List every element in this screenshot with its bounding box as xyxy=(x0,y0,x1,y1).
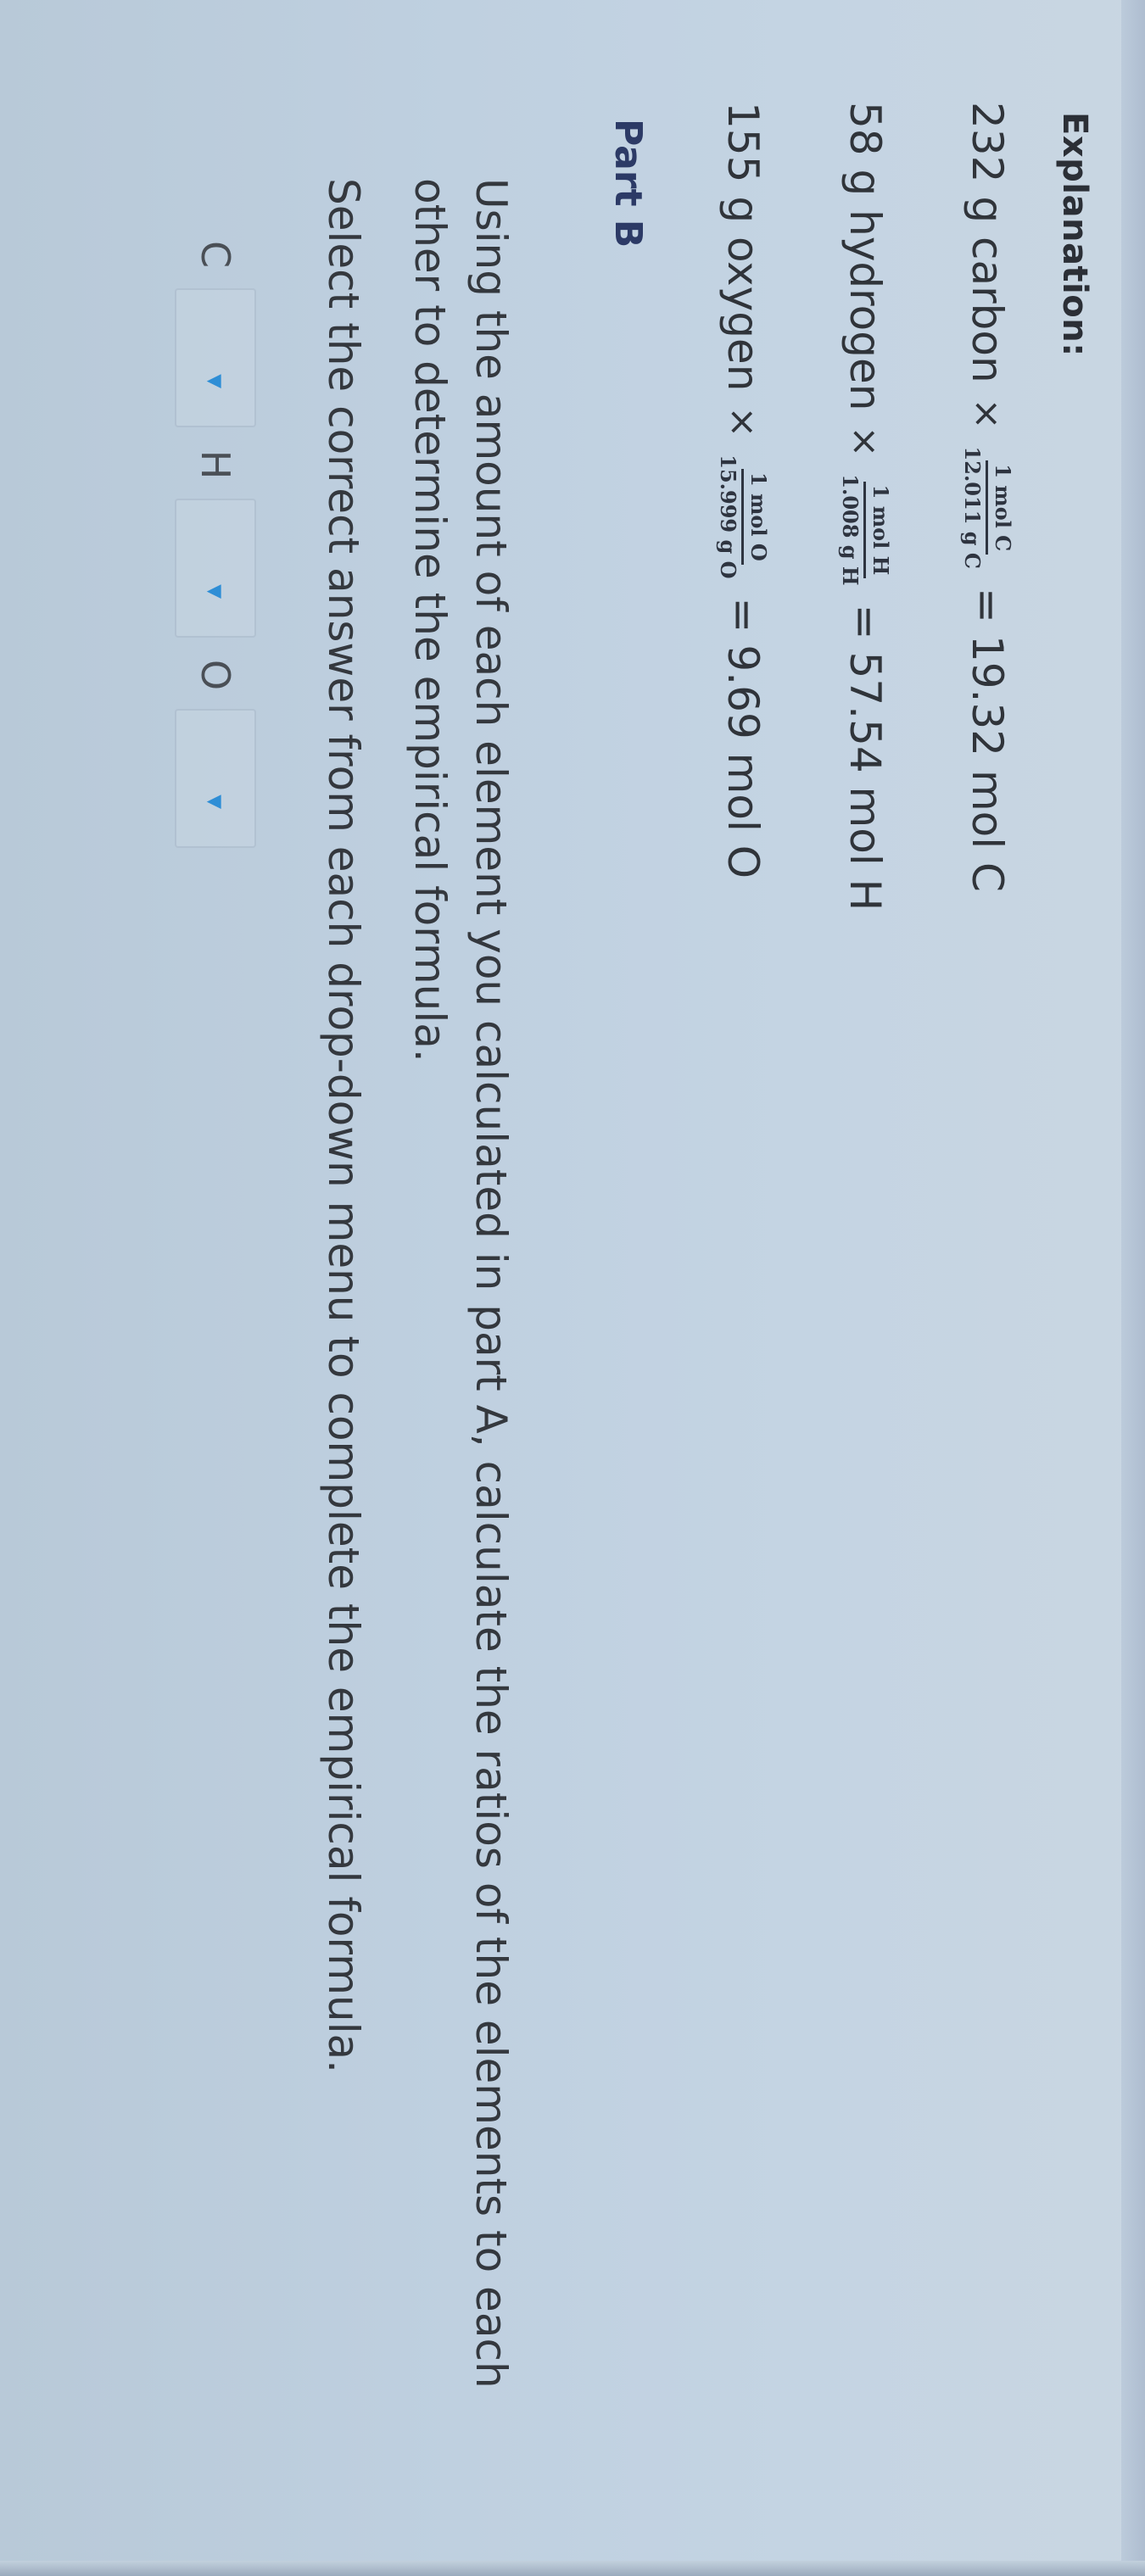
fraction-denominator: 1.008 g H xyxy=(839,471,863,588)
equals-sign: = xyxy=(718,598,768,633)
mass-quantity: 232 g carbon xyxy=(963,102,1012,383)
times-sign: × xyxy=(722,406,765,438)
mole-result: 57.54 mol H xyxy=(841,652,890,912)
times-sign: × xyxy=(966,399,1009,430)
mole-result: 19.32 mol C xyxy=(963,635,1012,892)
element-symbol-o: O xyxy=(193,658,238,692)
screen-edge xyxy=(0,2561,1145,2576)
conversion-fraction: 1 mol H 1.008 g H xyxy=(839,471,891,588)
caret-down-icon[interactable]: ▼ xyxy=(204,374,225,388)
rotated-screen: Explanation: 232 g carbon × 1 mol C 12.0… xyxy=(0,0,1145,2576)
caret-down-icon[interactable]: ▼ xyxy=(204,795,225,809)
fraction-numerator: 1 mol O xyxy=(742,469,769,565)
equals-sign: = xyxy=(963,588,1012,623)
hydrogen-subscript-dropdown[interactable]: ▼ xyxy=(175,499,256,638)
mole-result: 9.69 mol O xyxy=(718,644,768,878)
mass-quantity: 58 g hydrogen xyxy=(841,102,890,410)
fraction-denominator: 12.011 g C xyxy=(961,443,986,572)
part-b-heading: Part B xyxy=(606,119,650,2476)
mass-quantity: 155 g oxygen xyxy=(718,102,768,391)
carbon-subscript-dropdown[interactable]: ▼ xyxy=(175,288,256,427)
part-b-instruction: Using the amount of each element you cal… xyxy=(399,178,522,2467)
caret-down-icon[interactable]: ▼ xyxy=(204,584,225,599)
calculation-oxygen: 155 g oxygen × 1 mol O 15.999 g O = 9.69… xyxy=(704,102,782,2476)
explanation-label: Explanation: xyxy=(1055,112,1094,2476)
element-symbol-h: H xyxy=(193,448,238,482)
page-top-border xyxy=(1121,0,1145,2576)
calculation-hydrogen: 58 g hydrogen × 1 mol H 1.008 g H = 57.5… xyxy=(826,102,904,2476)
fraction-numerator: 1 mol H xyxy=(864,482,891,579)
part-b-select-prompt: Select the correct answer from each drop… xyxy=(313,178,374,2467)
equals-sign: = xyxy=(841,605,890,640)
element-symbol-c: C xyxy=(193,237,238,271)
fraction-denominator: 15.999 g O xyxy=(717,451,741,582)
calculation-carbon: 232 g carbon × 1 mol C 12.011 g C = 19.3… xyxy=(948,102,1026,2476)
question-content: Explanation: 232 g carbon × 1 mol C 12.0… xyxy=(169,102,1094,2476)
conversion-fraction: 1 mol O 15.999 g O xyxy=(717,451,769,582)
empirical-formula-builder: C ▼ H ▼ O ▼ xyxy=(169,237,262,2476)
times-sign: × xyxy=(844,426,887,457)
conversion-fraction: 1 mol C 12.011 g C xyxy=(961,443,1014,572)
oxygen-subscript-dropdown[interactable]: ▼ xyxy=(175,709,256,848)
fraction-numerator: 1 mol C xyxy=(986,460,1014,555)
